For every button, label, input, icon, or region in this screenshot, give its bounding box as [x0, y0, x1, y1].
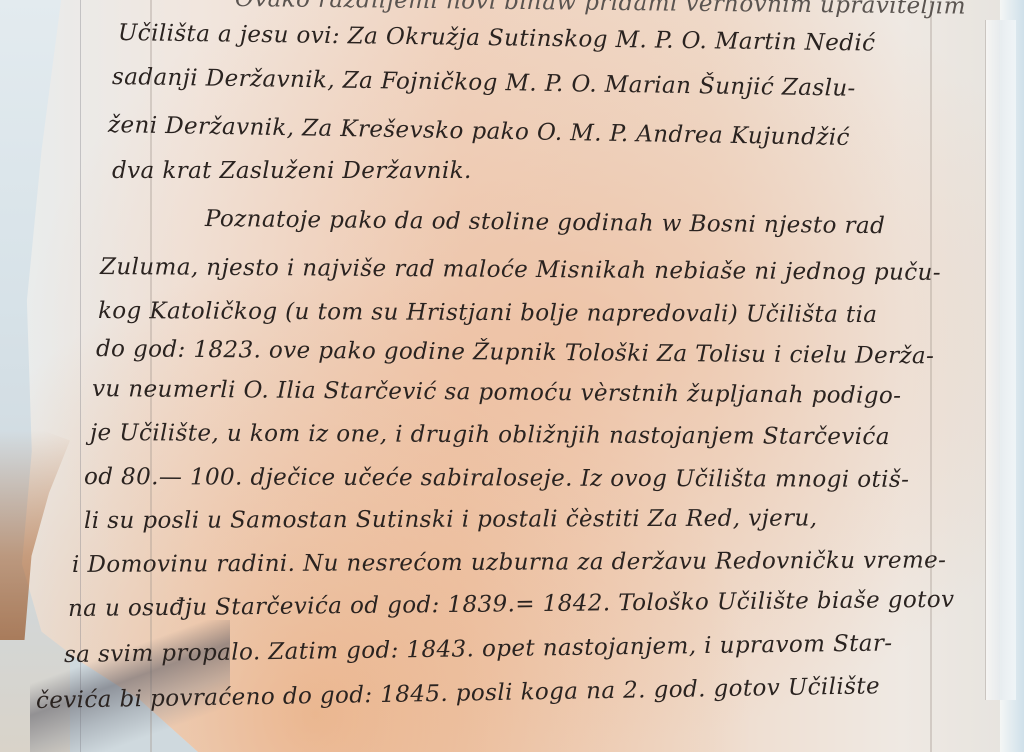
text-line: Zuluma, njesto i najviše rad maloće Misn…: [100, 254, 941, 286]
text-line: dva krat Zasluženi Deržavnik.: [112, 158, 472, 184]
text-line: čevića bi povraćeno do god: 1845. posli …: [36, 673, 880, 714]
text-line: na u osuđju Starčevića od god: 1839.= 18…: [68, 587, 955, 622]
text-line: sadanji Deržavnik, Za Fojničkog M. P. O.…: [112, 64, 856, 102]
text-line: ženi Deržavnik, Za Kreševsko pako O. M. …: [108, 112, 850, 151]
text-line: vu neumerli O. Ilia Starčević sa pomoću …: [92, 376, 902, 409]
text-line: Ovako razdiljemi novi bihaw pridami verh…: [235, 0, 966, 20]
text-line: sa svim propalo. Zatim god: 1843. opet n…: [64, 630, 893, 668]
text-line: i Domovinu radini. Nu nesrećom uzburna z…: [72, 547, 946, 578]
text-line: je Učilište, u kom iz one, i drugih obli…: [90, 420, 890, 450]
text-line: Učilišta a jesu ovi: Za Okružja Sutinsko…: [118, 20, 876, 57]
text-line: Poznatoje pako da od stoline godinah w B…: [205, 206, 885, 239]
text-line: od 80.— 100. dječice učeće sabiraloseje.…: [84, 464, 909, 493]
text-line: li su posli u Samostan Sutinski i postal…: [84, 505, 818, 534]
handwritten-text: Ovako razdiljemi novi bihaw pridami verh…: [0, 0, 1024, 752]
text-line: kog Katoličkog (u tom su Hristjani bolje…: [98, 298, 878, 328]
text-line: do god: 1823. ove pako godine Župnik Tol…: [96, 336, 935, 369]
